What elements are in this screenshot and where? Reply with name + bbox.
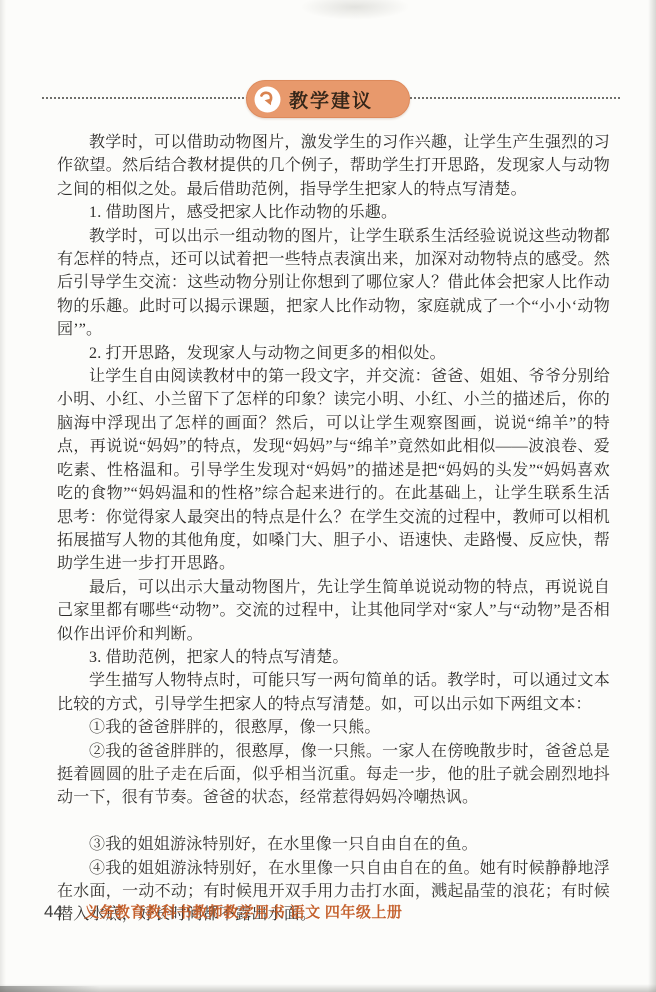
paragraph xyxy=(57,810,610,833)
paragraph: 1. 借助图片，感受把家人比作动物的乐趣。 xyxy=(57,201,610,224)
paragraph: 2. 打开思路，发现家人与动物之间更多的相似处。 xyxy=(57,342,610,365)
paragraph: ③我的姐姐游泳特别好，在水里像一只自由自在的鱼。 xyxy=(57,833,610,856)
book-title: 义务教育教科书教师教学用书 语文 四年级上册 xyxy=(84,901,403,922)
page-number: 44 xyxy=(44,902,63,922)
scan-edge-left xyxy=(0,0,6,992)
paragraph: 学生描写人物特点时，可能只写一两句简单的话。教学时，可以通过文本比较的方式，引导… xyxy=(57,669,610,716)
paragraph: 3. 借助范例，把家人的特点写清楚。 xyxy=(57,646,610,669)
paragraph: ①我的爸爸胖胖的，很憨厚，像一只熊。 xyxy=(57,716,610,739)
scan-edge-right xyxy=(648,0,656,992)
curved-arrow-down-icon xyxy=(254,86,281,113)
page-content: 教学时，可以借助动物图片，激发学生的习作兴趣，让学生产生强烈的习作欲望。然后结合… xyxy=(57,131,610,927)
page-footer: 44 义务教育教科书教师教学用书 语文 四年级上册 xyxy=(44,901,402,922)
book-page: 教学建议 教学时，可以借助动物图片，激发学生的习作兴趣，让学生产生强烈的习作欲望… xyxy=(0,0,656,992)
section-header: 教学建议 xyxy=(0,0,656,130)
paragraph: ②我的爸爸胖胖的，很憨厚，像一只熊。一家人在傍晚散步时，爸爸总是挺着圆圆的肚子走… xyxy=(57,740,610,810)
scan-corner-shadow xyxy=(0,986,100,992)
paragraph: 教学时，可以出示一组动物的图片，让学生联系生活经验说说这些动物都有怎样的特点，还… xyxy=(57,225,610,342)
paragraph: 最后，可以出示大量动物图片，先让学生简单说说动物的特点，再说说自己家里都有哪些“… xyxy=(57,576,610,646)
paragraph: 让学生自由阅读教材中的第一段文字，并交流：爸爸、姐姐、爷爷分别给小明、小红、小兰… xyxy=(57,365,610,576)
badge-label: 教学建议 xyxy=(289,86,373,113)
teaching-suggestions-badge: 教学建议 xyxy=(246,80,410,118)
paragraph: 教学时，可以借助动物图片，激发学生的习作兴趣，让学生产生强烈的习作欲望。然后结合… xyxy=(57,131,610,201)
